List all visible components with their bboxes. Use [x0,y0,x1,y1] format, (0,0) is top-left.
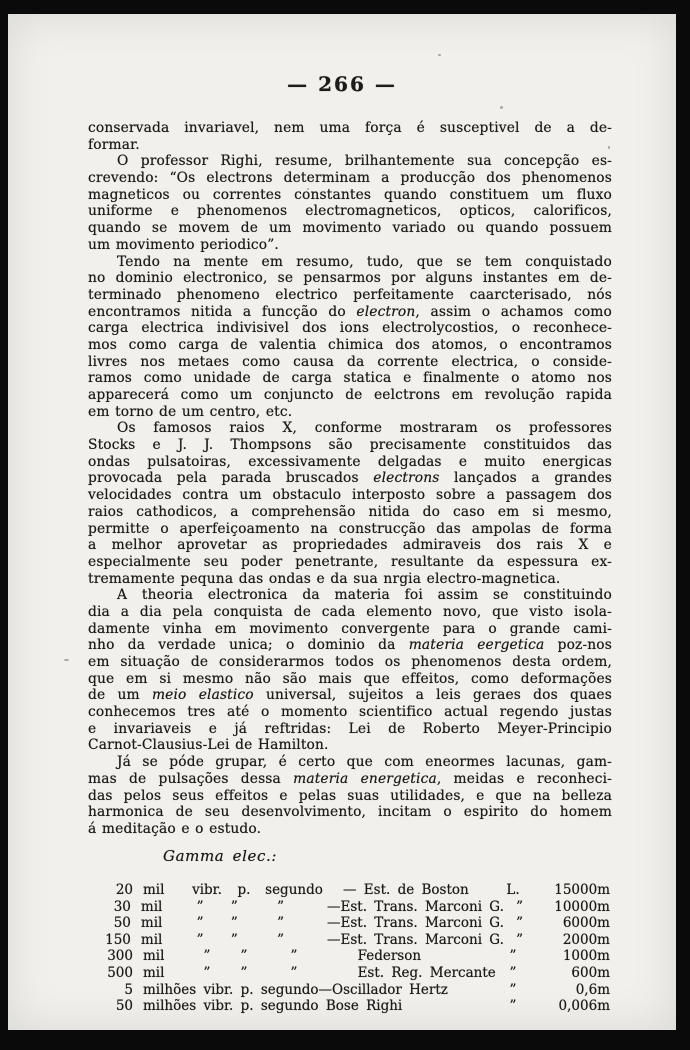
frequency-number: 5 [105,982,133,999]
segundo-column: segundo [259,882,329,899]
l-column: L. [496,882,530,899]
vibr-column: ” [185,965,229,982]
body-text: conservada invariavel, nem uma força é s… [88,120,612,838]
text-line: provocada pela parada bruscados electron… [88,470,612,487]
table-row: 50milhões vibr. p. segundo Bose Righi”0,… [105,998,610,1015]
text-line: que em si mesmo não são mais que effeito… [88,671,612,688]
frequency-table: 20milvibr.p.segundo— Est. de BostonL.150… [105,882,610,1015]
l-column: ” [496,998,530,1015]
text-line: Stocks e J. J. Thompsons são precisament… [88,437,612,454]
text-line: livres nos metaes como causa da corrente… [88,354,612,371]
paragraph: conservada invariavel, nem uma força é s… [88,120,612,153]
text-line: magneticos ou correntes constantes quand… [88,187,612,204]
segundo-column: ” [248,915,313,932]
table-row: 30mil”””—Est. Trans. Marconi G.”10000m [105,899,610,916]
frequency-number: 150 [105,932,131,949]
frequency-number: 30 [105,899,131,916]
wavelength-value: 15000m [538,882,610,899]
text-line: Já se póde grupar, é certo que com eneor… [88,754,612,771]
text-line: e invariaveis e já reftridas: Lei de Rob… [88,721,612,738]
text-line: tremamente pequna das ondas e da sua nrg… [88,571,612,588]
station-name: Est. Reg. Mercante [343,965,496,982]
station-name: —Est. Trans. Marconi G. [327,932,504,949]
station-name: —Est. Trans. Marconi G. [327,899,504,916]
text-line: conhecemos tres até o momento scientific… [88,704,612,721]
table-row: 50mil”””—Est. Trans. Marconi G.”6000m [105,915,610,932]
scan-speck [307,188,309,190]
l-column: ” [504,915,535,932]
scan-speck [500,106,503,109]
vibr-column: ” [180,932,221,949]
wavelength-value: 0,006m [538,998,610,1015]
text-line: crevendo: “Os electrons determinam a pro… [88,170,612,187]
vibr-column: ” [185,948,229,965]
text-line: nho da verdade unica; o dominio da mater… [88,637,612,654]
frequency-unit: mil [143,965,185,982]
text-line: especialmente seu poder penetrante, resu… [88,554,612,571]
l-column: ” [496,965,530,982]
text-line: O professor Righi, resume, brilhantement… [88,153,612,170]
frequency-number: 20 [105,882,133,899]
frequency-description: milhões vibr. p. segundo Bose Righi [143,998,496,1015]
text-line: em torno de um centro, etc. [88,404,612,421]
scan-speck [438,54,441,56]
frequency-unit: mil [143,948,185,965]
text-line: terminado phenomeno electrico perfeitame… [88,287,612,304]
p-column: p. [229,882,259,899]
station-name: —Est. Trans. Marconi G. [327,915,504,932]
text-line: a melhor aprovetar as propriedades admir… [88,537,612,554]
text-line: damente vinha em movimento convergente p… [88,621,612,638]
text-line: um movimento periodico”. [88,237,612,254]
text-line: conservada invariavel, nem uma força é s… [88,120,612,137]
wavelength-value: 600m [538,965,610,982]
station-name: Federson [343,948,496,965]
text-line: dia a dia pela conquista de cada element… [88,604,612,621]
text-line: raios cathodicos, a comprehensão nitida … [88,504,612,521]
p-column: ” [229,948,259,965]
text-line: Tendo na mente em resumo, tudo, que se t… [88,254,612,271]
segundo-column: ” [259,948,329,965]
text-line: em situação de considerarmos todos os ph… [88,654,612,671]
table-row: 150mil”””—Est. Trans. Marconi G.”2000m [105,932,610,949]
text-line: de um meio elastico universal, sujeitos … [88,687,612,704]
l-column: ” [496,948,530,965]
table-row: 500mil””” Est. Reg. Mercante”600m [105,965,610,982]
vibr-column: ” [180,899,221,916]
frequency-description: milhões vibr. p. segundo—Oscillador Hert… [143,982,496,999]
text-line: velocidades contra um obstaculo interpos… [88,487,612,504]
frequency-number: 500 [105,965,133,982]
wavelength-value: 6000m [543,915,610,932]
text-line: A theoria electronica da materia foi ass… [88,587,612,604]
scan-speck [608,146,610,149]
text-line: quando se movem de um movimento variado … [88,220,612,237]
segundo-column: ” [259,965,329,982]
wavelength-value: 10000m [543,899,610,916]
frequency-unit: mil [141,899,180,916]
segundo-column: ” [248,899,313,916]
frequency-unit: mil [141,915,180,932]
l-column: ” [504,932,535,949]
p-column: ” [220,932,248,949]
scanned-book-page: — 266 — conservada invariavel, nem uma f… [0,0,690,1050]
wavelength-value: 2000m [543,932,610,949]
paragraph: O professor Righi, resume, brilhantement… [88,153,612,253]
text-line: apparecerá como um conjuncto de eelctron… [88,387,612,404]
paragraph: Os famosos raios X, conforme mostraram o… [88,420,612,587]
text-line: uniforme e phenomenos electromagneticos,… [88,203,612,220]
table-row: 20milvibr.p.segundo— Est. de BostonL.150… [105,882,610,899]
text-line: ramos como unidade de carga statica e fi… [88,370,612,387]
l-column: ” [496,982,530,999]
text-line: Carnot-Clausius-Lei de Hamilton. [88,737,612,754]
text-line: formar. [88,137,612,154]
text-line: permitte o aperfeiçoamento na construcçã… [88,521,612,538]
page-number: — 266 — [8,72,676,96]
text-line: mos como carga de valentia chimica dos a… [88,337,612,354]
frequency-unit: mil [143,882,185,899]
text-line: á meditação e o estudo. [88,821,612,838]
document-page: — 266 — conservada invariavel, nem uma f… [8,14,676,1030]
text-line: ondas pulsatoiras, excessivamente delgad… [88,454,612,471]
text-line: encontramos nitida a funcção do electron… [88,304,612,321]
station-name: — Est. de Boston [343,882,496,899]
p-column: ” [220,899,248,916]
p-column: ” [229,965,259,982]
text-line: carga electrica indivisivel dos ions ele… [88,320,612,337]
text-line: Os famosos raios X, conforme mostraram o… [88,420,612,437]
paragraph: Tendo na mente em resumo, tudo, que se t… [88,254,612,421]
scan-speck [64,659,69,661]
text-line: mas de pulsações dessa materia energetic… [88,771,612,788]
segundo-column: ” [248,932,313,949]
frequency-unit: mil [141,932,180,949]
wavelength-value: 0,6m [538,982,610,999]
text-line: harmonica de seu desenvolvimento, incita… [88,804,612,821]
vibr-column: ” [180,915,221,932]
frequency-number: 50 [105,998,133,1015]
text-line: no dominio electronico, se pensarmos por… [88,270,612,287]
vibr-column: vibr. [185,882,229,899]
frequency-number: 50 [105,915,131,932]
table-row: 300mil””” Federson”1000m [105,948,610,965]
section-heading: Gamma elec.: [163,847,277,865]
frequency-number: 300 [105,948,133,965]
paragraph: A theoria electronica da materia foi ass… [88,587,612,754]
text-line: das pelos seus effeitos e pelas suas uti… [88,788,612,805]
table-row: 5milhões vibr. p. segundo—Oscillador Her… [105,982,610,999]
p-column: ” [220,915,248,932]
wavelength-value: 1000m [538,948,610,965]
l-column: ” [504,899,535,916]
paragraph: Já se póde grupar, é certo que com eneor… [88,754,612,837]
